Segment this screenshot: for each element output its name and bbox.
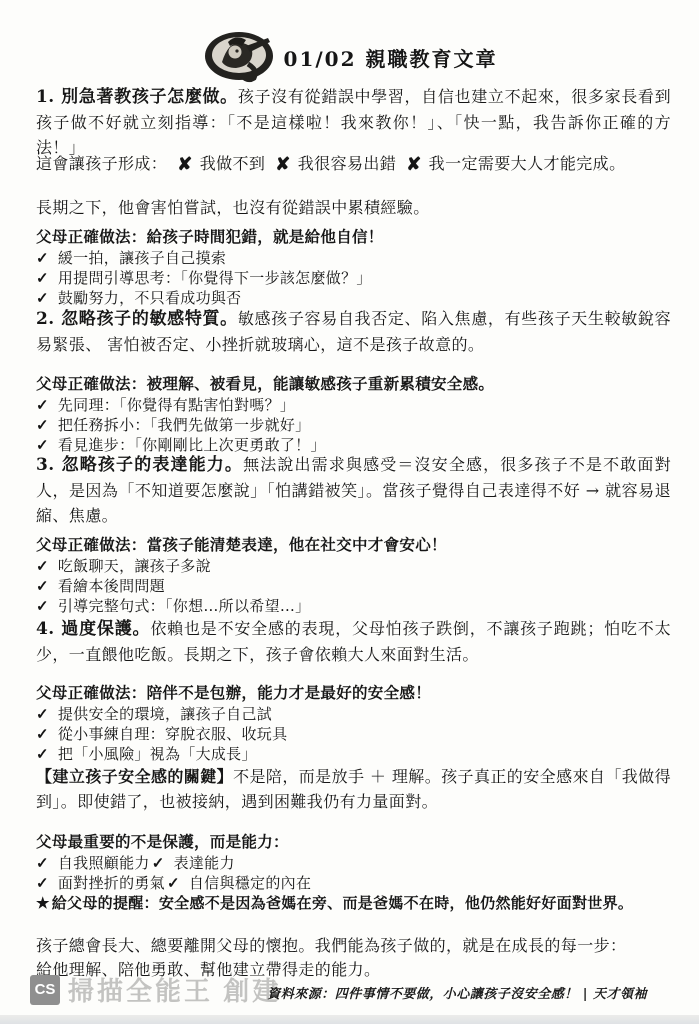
document-title-text: 親職教育文章 — [365, 47, 497, 71]
x-mark-icon: ✘ — [177, 154, 192, 175]
check-item: ✓把「小風險」視為「大成長」 — [36, 744, 671, 764]
check-icon: ✓ — [36, 705, 49, 723]
check-icon: ✓ — [36, 557, 49, 575]
consequences-line: 這會讓孩子形成：✘我做不到✘我很容易出錯✘我一定需要大人才能完成。 — [36, 151, 671, 177]
section-2-paragraph: 2. 忽略孩子的敏感特質。敏感孩子容易自我否定、陷入焦慮，有些孩子天生較敏銳容易… — [36, 306, 671, 357]
check-icon: ✓ — [36, 597, 49, 615]
consequence-item-1: 我做不到 — [200, 154, 266, 173]
check-icon: ✓ — [36, 416, 49, 434]
practice-1-title: 父母正確做法：給孩子時間犯錯，就是給他自信！ — [36, 226, 671, 248]
check-icon: ✓ — [36, 725, 49, 743]
check-icon: ✓ — [167, 874, 180, 892]
check-text: 自我照顧能力 — [58, 854, 150, 872]
key-point-paragraph: 【建立孩子安全感的關鍵】不是陪，而是放手 ＋ 理解。孩子真正的安全感來自「我做得… — [36, 764, 671, 814]
check-item: ✓把任務拆小：「我們先做第一步就好」 — [36, 415, 671, 435]
check-text: 鼓勵努力，不只看成功與否 — [58, 289, 242, 307]
page-number: 01/02 — [284, 47, 357, 71]
practice-block-3: 父母正確做法：當孩子能清楚表達，他在社交中才會安心！ ✓吃飯聊天，讓孩子多說 ✓… — [36, 534, 671, 616]
section-3-heading: 3. 忽略孩子的表達能力。 — [36, 455, 243, 475]
check-icon: ✓ — [36, 269, 49, 287]
check-icon: ✓ — [36, 874, 49, 892]
watermark-text: 掃描全能王 創建 — [68, 971, 281, 1008]
section-4-paragraph: 4. 過度保護。依賴也是不安全感的表現，父母怕孩子跌倒，不讓孩子跑跳；怕吃不太少… — [36, 616, 671, 667]
check-item-row: ✓面對挫折的勇氣✓自信與穩定的內在 — [36, 873, 671, 893]
check-icon: ✓ — [152, 854, 165, 872]
page-title: 01/02 親職教育文章 — [284, 43, 498, 72]
check-text: 引導完整句式：「你想…所以希望…」 — [58, 597, 311, 615]
check-text: 把「小風險」視為「大成長」 — [58, 745, 257, 763]
check-text: 用提問引導思考：「你覺得下一步該怎麼做？」 — [58, 269, 372, 287]
check-item: ✓鼓勵努力，不只看成功與否 — [36, 288, 671, 308]
check-item: ✓吃飯聊天，讓孩子多說 — [36, 556, 671, 576]
check-item: ✓提供安全的環境，讓孩子自己試 — [36, 704, 671, 724]
check-icon: ✓ — [36, 289, 49, 307]
scanned-document-page: 01/02 親職教育文章 1. 別急著教孩子怎麼做。孩子沒有從錯誤中學習，自信也… — [0, 0, 699, 1024]
check-icon: ✓ — [36, 396, 49, 414]
check-text: 面對挫折的勇氣 — [58, 874, 165, 892]
consequences-prefix: 這會讓孩子形成： — [36, 154, 167, 173]
section-3-paragraph: 3. 忽略孩子的表達能力。無法說出需求與感受＝沒安全感，很多孩子不是不敢面對人，… — [36, 452, 671, 528]
section-2-heading: 2. 忽略孩子的敏感特質。 — [36, 309, 238, 329]
consequence-item-3: 我一定需要大人才能完成。 — [429, 154, 626, 173]
source-citation: 資料來源：四件事情不要做，小心讓孩子沒安全感！ | 天才領袖 — [267, 983, 647, 1002]
practice-block-2: 父母正確做法：被理解、被看見，能讓敏感孩子重新累積安全感。 ✓先同理：「你覺得有… — [36, 373, 671, 455]
check-item: ✓看繪本後問問題 — [36, 576, 671, 596]
ability-title: 父母最重要的不是保護，而是能力： — [36, 831, 671, 853]
check-text: 緩一拍，讓孩子自己摸索 — [58, 249, 226, 267]
document-header: 01/02 親職教育文章 — [0, 30, 699, 84]
check-item: ✓緩一拍，讓孩子自己摸索 — [36, 248, 671, 268]
check-item-row: ✓自我照顧能力✓表達能力 — [36, 853, 671, 873]
ability-block: 父母最重要的不是保護，而是能力： ✓自我照顧能力✓表達能力 ✓面對挫折的勇氣✓自… — [36, 831, 671, 913]
check-text: 吃飯聊天，讓孩子多說 — [58, 557, 211, 575]
check-item: ✓引導完整句式：「你想…所以希望…」 — [36, 596, 671, 616]
check-item: ✓先同理：「你覺得有點害怕對嗎？」 — [36, 395, 671, 415]
check-text: 從小事練自理：穿脫衣服、收玩具 — [58, 725, 288, 743]
section-1-paragraph: 1. 別急著教孩子怎麼做。孩子沒有從錯誤中學習，自信也建立不起來，很多家長看到孩… — [36, 84, 671, 160]
x-mark-icon: ✘ — [275, 154, 290, 175]
reminder-text: 給父母的提醒：安全感不是因為爸媽在旁、而是爸媽不在時，他仍然能好好面對世界。 — [52, 894, 633, 912]
check-text: 表達能力 — [174, 854, 235, 872]
check-item: ✓從小事練自理：穿脫衣服、收玩具 — [36, 724, 671, 744]
check-text: 提供安全的環境，讓孩子自己試 — [58, 705, 272, 723]
page-edge-shadow — [0, 1015, 699, 1024]
check-icon: ✓ — [36, 854, 49, 872]
key-point-heading: 【建立孩子安全感的關鍵】 — [36, 767, 233, 786]
check-item: ✓用提問引導思考：「你覺得下一步該怎麼做？」 — [36, 268, 671, 288]
check-text: 把任務拆小：「我們先做第一步就好」 — [58, 416, 311, 434]
check-icon: ✓ — [36, 249, 49, 267]
section-1-heading: 1. 別急著教孩子怎麼做。 — [36, 87, 238, 107]
scanner-watermark: CS 掃描全能王 創建 — [30, 971, 281, 1008]
check-icon: ✓ — [36, 745, 49, 763]
section-4-heading: 4. 過度保護。 — [36, 619, 150, 639]
practice-4-title: 父母正確做法：陪伴不是包辦，能力才是最好的安全感！ — [36, 682, 671, 704]
star-icon: ★ — [36, 894, 50, 912]
closing-line-1: 孩子總會長大、總要離開父母的懷抱。我們能為孩子做的，就是在成長的每一步： — [36, 934, 671, 958]
check-text: 看繪本後問問題 — [58, 577, 165, 595]
camscanner-badge-icon: CS — [30, 975, 60, 1005]
check-text: 先同理：「你覺得有點害怕對嗎？」 — [58, 396, 295, 414]
practice-block-1: 父母正確做法：給孩子時間犯錯，就是給他自信！ ✓緩一拍，讓孩子自己摸索 ✓用提問… — [36, 226, 671, 308]
cartoon-stamp-icon — [202, 30, 276, 84]
consequence-item-2: 我很容易出錯 — [298, 154, 396, 173]
check-text: 自信與穩定的內在 — [189, 874, 311, 892]
long-term-note: 長期之下，他會害怕嘗試，也沒有從錯誤中累積經驗。 — [36, 195, 671, 220]
x-mark-icon: ✘ — [406, 154, 421, 175]
practice-block-4: 父母正確做法：陪伴不是包辦，能力才是最好的安全感！ ✓提供安全的環境，讓孩子自己… — [36, 682, 671, 764]
parent-reminder: ★給父母的提醒：安全感不是因為爸媽在旁、而是爸媽不在時，他仍然能好好面對世界。 — [36, 893, 671, 913]
practice-2-title: 父母正確做法：被理解、被看見，能讓敏感孩子重新累積安全感。 — [36, 373, 671, 395]
check-icon: ✓ — [36, 577, 49, 595]
practice-3-title: 父母正確做法：當孩子能清楚表達，他在社交中才會安心！ — [36, 534, 671, 556]
